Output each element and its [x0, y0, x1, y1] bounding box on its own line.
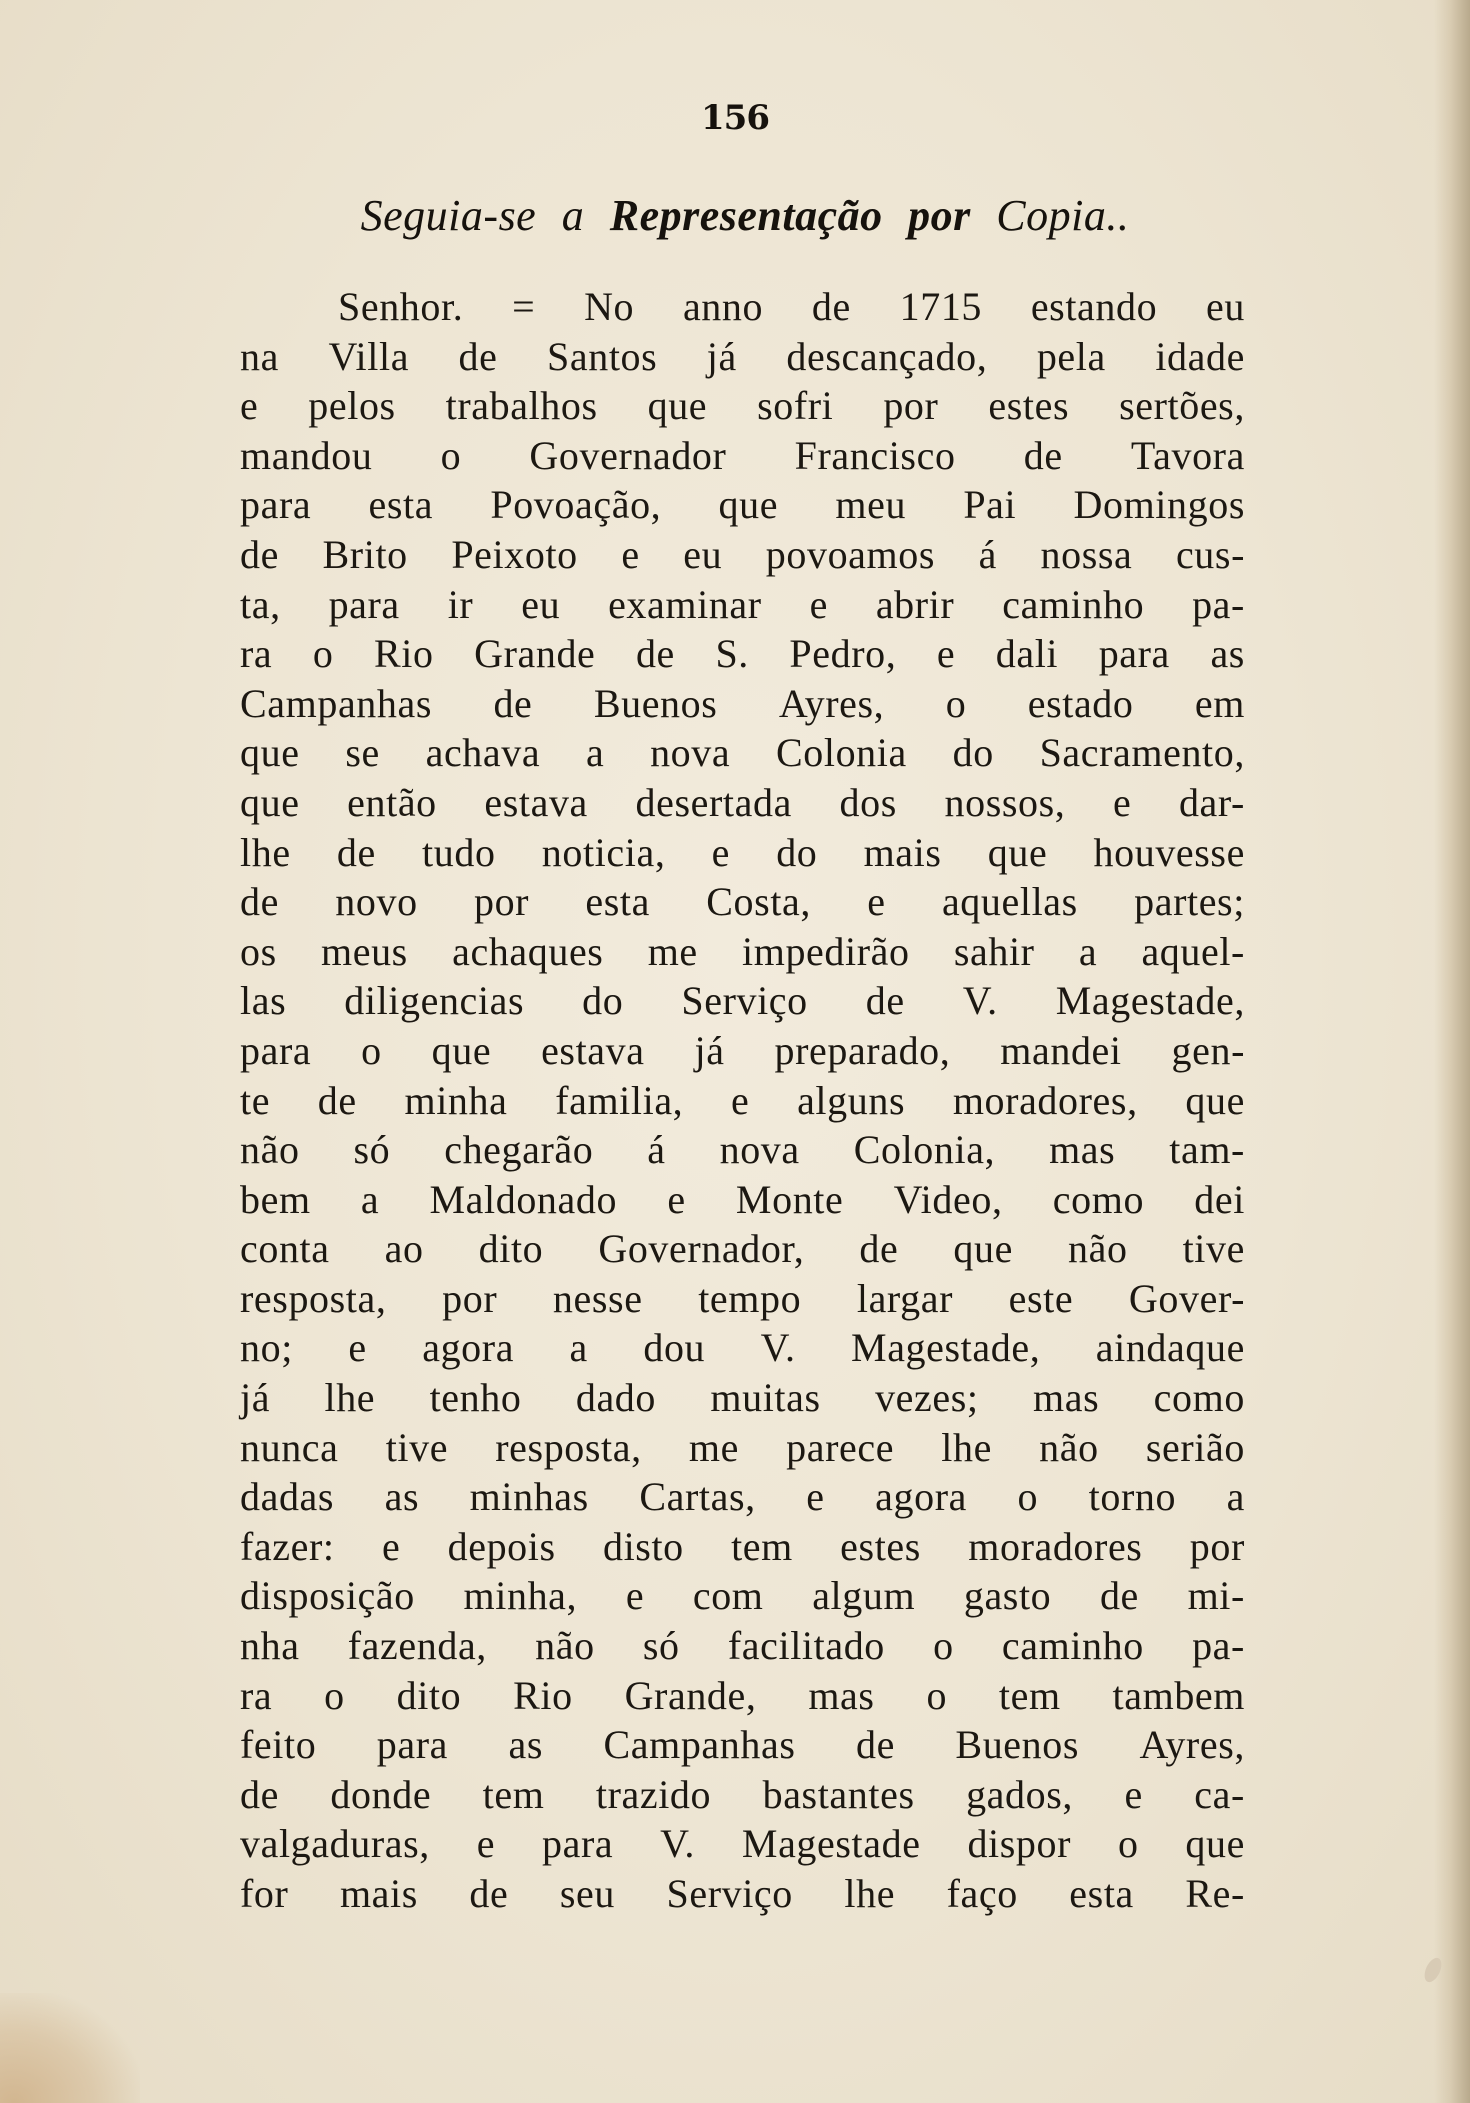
- word: ao: [385, 1224, 424, 1274]
- word: resposta,: [495, 1423, 641, 1473]
- word: dito: [397, 1671, 462, 1721]
- word: Colonia: [776, 728, 907, 778]
- word: mas: [808, 1671, 874, 1721]
- word: te: [240, 1076, 270, 1126]
- word: cus-: [1176, 530, 1245, 580]
- word: então: [347, 778, 437, 828]
- word: muitas: [710, 1373, 820, 1423]
- word: Colonia,: [854, 1125, 995, 1175]
- word: aindaque: [1096, 1323, 1245, 1373]
- word: sofri: [757, 381, 833, 431]
- word: vezes;: [875, 1373, 979, 1423]
- word: só: [643, 1621, 680, 1671]
- word: como: [1154, 1373, 1245, 1423]
- word: ra: [240, 629, 272, 679]
- word: Pai: [963, 480, 1016, 530]
- word: esta: [585, 877, 650, 927]
- word: esta: [369, 480, 434, 530]
- word: e: [867, 877, 885, 927]
- text-line: nãosóchegarãoánovaColonia,mastam-: [240, 1125, 1245, 1175]
- word: meu: [835, 480, 906, 530]
- word: do: [953, 728, 994, 778]
- word: povoamos: [766, 530, 935, 580]
- word: dado: [576, 1373, 656, 1423]
- word: Serviço: [681, 976, 807, 1026]
- word: Ayres,: [779, 679, 884, 729]
- word: Francisco: [795, 431, 956, 481]
- word: não: [1039, 1423, 1099, 1473]
- word: Buenos: [594, 679, 718, 729]
- word: Peixoto: [451, 530, 577, 580]
- word: Rio: [374, 629, 434, 679]
- word: Governador: [529, 431, 726, 481]
- word: sertões,: [1119, 381, 1245, 431]
- word: para: [240, 480, 311, 530]
- word: preparado,: [774, 1026, 950, 1076]
- word: de: [1100, 1571, 1139, 1621]
- word: que: [1185, 1819, 1245, 1869]
- word: de: [469, 1869, 508, 1919]
- heading-word: Seguia-se: [361, 191, 537, 240]
- word: tam-: [1169, 1125, 1245, 1175]
- word: Pedro,: [789, 629, 896, 679]
- word: a: [570, 1323, 588, 1373]
- word: de: [866, 976, 905, 1026]
- word: mas: [1033, 1373, 1099, 1423]
- foxing-stain: [0, 1993, 140, 2103]
- word: com: [693, 1571, 764, 1621]
- word: só: [354, 1125, 391, 1175]
- word: estava: [484, 778, 588, 828]
- word: abrir: [876, 580, 955, 630]
- word: dou: [643, 1323, 705, 1373]
- word: me: [648, 927, 698, 977]
- word: Grande,: [625, 1671, 757, 1721]
- word: pelos: [308, 381, 395, 431]
- word: de: [859, 1224, 898, 1274]
- word: estes: [840, 1522, 921, 1572]
- word: conta: [240, 1224, 330, 1274]
- word: Campanhas: [603, 1720, 795, 1770]
- word: e: [937, 629, 955, 679]
- word: V.: [963, 976, 998, 1026]
- word: em: [1195, 679, 1245, 729]
- text-line: dedondetemtrazidobastantesgados,eca-: [240, 1770, 1245, 1820]
- word: chegarão: [444, 1125, 593, 1175]
- word: Tavora: [1131, 431, 1245, 481]
- word: tive: [1183, 1224, 1245, 1274]
- word: mi-: [1188, 1571, 1245, 1621]
- word: no;: [240, 1323, 293, 1373]
- word: dadas: [240, 1472, 334, 1522]
- word: de: [1024, 431, 1063, 481]
- word: e: [626, 1571, 644, 1621]
- text-line: osmeusachaquesmeimpedirãosahiraaquel-: [240, 927, 1245, 977]
- word: do: [776, 828, 817, 878]
- word: Grande: [474, 629, 595, 679]
- word: Magestade,: [1056, 976, 1245, 1026]
- word: Video,: [894, 1175, 1003, 1225]
- word: meus: [321, 927, 408, 977]
- text-line: lasdiligenciasdoServiçodeV.Magestade,: [240, 976, 1245, 1026]
- text-line: denovoporestaCosta,eaquellaspartes;: [240, 877, 1245, 927]
- section-heading: Seguia-se a Representação por Copia..: [0, 190, 1470, 241]
- text-line: disposiçãominha,ecomalgumgastodemi-: [240, 1571, 1245, 1621]
- text-line: nhafazenda,nãosófacilitadoocaminhopa-: [240, 1621, 1245, 1671]
- word: estado: [1028, 679, 1134, 729]
- word: feito: [240, 1720, 316, 1770]
- word: algum: [812, 1571, 915, 1621]
- word: nova: [720, 1125, 800, 1175]
- heading-word: por: [908, 191, 971, 240]
- word: pa-: [1192, 1621, 1245, 1671]
- word: e: [621, 530, 639, 580]
- text-line: epelostrabalhosquesofriporestessertões,: [240, 381, 1245, 431]
- word: lhe: [324, 1373, 375, 1423]
- word: idade: [1155, 332, 1245, 382]
- word: a: [586, 728, 604, 778]
- word: estes: [988, 381, 1069, 431]
- word: sahir: [954, 927, 1035, 977]
- word: se: [345, 728, 380, 778]
- text-line: raoditoRioGrande,masotemtambem: [240, 1671, 1245, 1721]
- word: Gover-: [1129, 1274, 1245, 1324]
- word: á: [647, 1125, 665, 1175]
- word: lhe: [844, 1869, 895, 1919]
- word: fazer:: [240, 1522, 335, 1572]
- word: nova: [650, 728, 730, 778]
- word: para: [1099, 629, 1170, 679]
- word: valgaduras,: [240, 1819, 430, 1869]
- word: ca-: [1194, 1770, 1245, 1820]
- word: Magestade,: [851, 1323, 1040, 1373]
- word: descançado,: [786, 332, 987, 382]
- text-line: mandouoGovernadorFranciscodeTavora: [240, 431, 1245, 481]
- word: na: [240, 332, 279, 382]
- word: não: [1068, 1224, 1128, 1274]
- body-paragraph: Senhor.=Noannode1715estandoeunaVilladeSa…: [240, 282, 1245, 1919]
- word: pa-: [1192, 580, 1245, 630]
- word: que: [432, 1026, 492, 1076]
- word: os: [240, 927, 277, 977]
- word: lhe: [240, 828, 291, 878]
- word: dali: [996, 629, 1058, 679]
- word: como: [1053, 1175, 1144, 1225]
- word: e: [1113, 778, 1131, 828]
- word: Costa,: [706, 877, 811, 927]
- word: e: [348, 1323, 366, 1373]
- word: mandou: [240, 431, 372, 481]
- word: o: [441, 431, 462, 481]
- word: Villa: [328, 332, 409, 382]
- word: tenho: [430, 1373, 522, 1423]
- word: as: [508, 1720, 543, 1770]
- word: novo: [335, 877, 417, 927]
- word: alguns: [797, 1076, 905, 1126]
- word: e: [712, 828, 730, 878]
- word: já: [707, 332, 737, 382]
- word: o: [946, 679, 967, 729]
- word: me: [689, 1423, 739, 1473]
- word: de: [240, 530, 279, 580]
- word: o: [324, 1671, 345, 1721]
- word: as: [1210, 629, 1245, 679]
- word: as: [385, 1472, 420, 1522]
- word: ir: [448, 580, 474, 630]
- word: achava: [426, 728, 541, 778]
- text-line: naVilladeSantosjádescançado,pelaidade: [240, 332, 1245, 382]
- word: esta: [1069, 1869, 1134, 1919]
- word: por: [883, 381, 938, 431]
- word: trabalhos: [446, 381, 598, 431]
- word: faço: [947, 1869, 1018, 1919]
- word: do: [582, 976, 623, 1026]
- text-line: tedeminhafamilia,ealgunsmoradores,que: [240, 1076, 1245, 1126]
- word: for: [240, 1869, 288, 1919]
- word: ta,: [240, 580, 281, 630]
- word: gados,: [966, 1770, 1073, 1820]
- word: desertada: [636, 778, 792, 828]
- word: de: [459, 332, 498, 382]
- word: Santos: [547, 332, 657, 382]
- word: =: [512, 282, 535, 332]
- word: facilitado: [728, 1621, 885, 1671]
- word: anno: [683, 282, 763, 332]
- word: tem: [731, 1522, 793, 1572]
- word: nesse: [553, 1274, 643, 1324]
- word: mandei: [1000, 1026, 1121, 1076]
- word: Maldonado: [430, 1175, 618, 1225]
- word: que: [953, 1224, 1013, 1274]
- word: nossos,: [945, 778, 1066, 828]
- word: e: [240, 381, 258, 431]
- word: dei: [1194, 1175, 1245, 1225]
- word: de: [318, 1076, 357, 1126]
- word: e: [731, 1076, 749, 1126]
- word: estando: [1031, 282, 1157, 332]
- word: houvesse: [1094, 828, 1245, 878]
- word: eu: [521, 580, 560, 630]
- word: caminho: [1002, 1621, 1144, 1671]
- word: minhas: [470, 1472, 589, 1522]
- word: por: [442, 1274, 497, 1324]
- word: Magestade: [742, 1819, 921, 1869]
- word: que: [988, 828, 1048, 878]
- word: o: [361, 1026, 382, 1076]
- word: torno: [1089, 1472, 1176, 1522]
- text-line: valgaduras,eparaV.Magestadedisporoque: [240, 1819, 1245, 1869]
- word: largar: [857, 1274, 953, 1324]
- text-line: raoRioGrandedeS.Pedro,edaliparaas: [240, 629, 1245, 679]
- word: estava: [541, 1026, 645, 1076]
- word: minha: [404, 1076, 507, 1126]
- word: gasto: [964, 1571, 1051, 1621]
- word: Re-: [1185, 1869, 1245, 1919]
- word: agora: [422, 1323, 514, 1373]
- word: moradores: [968, 1522, 1142, 1572]
- word: Serviço: [667, 1869, 793, 1919]
- text-line: queseachavaanovaColoniadoSacramento,: [240, 728, 1245, 778]
- word: Buenos: [955, 1720, 1079, 1770]
- text-line: paraestaPovoação,quemeuPaiDomingos: [240, 480, 1245, 530]
- word: V.: [660, 1819, 695, 1869]
- word: dos: [840, 778, 897, 828]
- word: e: [382, 1522, 400, 1572]
- word: o: [1018, 1472, 1039, 1522]
- word: noticia,: [542, 828, 666, 878]
- word: serião: [1146, 1423, 1245, 1473]
- word: Monte: [736, 1175, 843, 1225]
- word: impedirão: [742, 927, 910, 977]
- text-line: bemaMaldonadoeMonteVideo,comodei: [240, 1175, 1245, 1225]
- word: tudo: [422, 828, 496, 878]
- word: que: [1185, 1076, 1245, 1126]
- word: eu: [683, 530, 722, 580]
- text-line: dadasasminhasCartas,eagoraotornoa: [240, 1472, 1245, 1522]
- word: gen-: [1172, 1026, 1245, 1076]
- word: a: [361, 1175, 379, 1225]
- text-line: no;eagoraadouV.Magestade,aindaque: [240, 1323, 1245, 1373]
- word: tambem: [1113, 1671, 1245, 1721]
- word: No: [584, 282, 634, 332]
- text-line: fazer:edepoisdistotemestesmoradorespor: [240, 1522, 1245, 1572]
- word: já: [240, 1373, 270, 1423]
- text-line: Senhor.=Noannode1715estandoeu: [240, 282, 1245, 332]
- word: dar-: [1179, 778, 1245, 828]
- word: depois: [448, 1522, 556, 1572]
- text-line: ta,paraireuexaminareabrircaminhopa-: [240, 580, 1245, 630]
- text-line: nuncativeresposta,meparecelhenãoserião: [240, 1423, 1245, 1473]
- word: que: [240, 728, 300, 778]
- word: diligencias: [344, 976, 524, 1026]
- word: á: [979, 530, 997, 580]
- word: Povoação,: [490, 480, 661, 530]
- word: Senhor.: [338, 282, 463, 332]
- word: Rio: [513, 1671, 573, 1721]
- word: para: [377, 1720, 448, 1770]
- word: minha,: [464, 1571, 578, 1621]
- word: Domingos: [1074, 480, 1245, 530]
- heading-word: Representação: [610, 191, 883, 240]
- word: a: [1227, 1472, 1245, 1522]
- word: Brito: [323, 530, 408, 580]
- word: Sacramento,: [1040, 728, 1245, 778]
- word: para: [240, 1026, 311, 1076]
- text-line: CampanhasdeBuenosAyres,oestadoem: [240, 679, 1245, 729]
- text-line: contaaoditoGovernador,dequenãotive: [240, 1224, 1245, 1274]
- word: disto: [603, 1522, 684, 1572]
- word: las: [240, 976, 286, 1026]
- word: a: [1079, 927, 1097, 977]
- word: por: [474, 877, 529, 927]
- word: 1715: [900, 282, 982, 332]
- word: donde: [330, 1770, 431, 1820]
- word: mas: [1049, 1125, 1115, 1175]
- word: de: [636, 629, 675, 679]
- word: moradores,: [953, 1076, 1138, 1126]
- text-line: lhedetudonoticia,edomaisquehouvesse: [240, 828, 1245, 878]
- word: e: [806, 1472, 824, 1522]
- word: Campanhas: [240, 679, 432, 729]
- word: e: [667, 1175, 685, 1225]
- word: fazenda,: [348, 1621, 487, 1671]
- word: V.: [761, 1323, 796, 1373]
- word: este: [1009, 1274, 1074, 1324]
- word: bem: [240, 1175, 311, 1225]
- word: achaques: [452, 927, 603, 977]
- word: dispor: [967, 1819, 1071, 1869]
- word: de: [812, 282, 851, 332]
- word: já: [695, 1026, 725, 1076]
- word: Governador,: [598, 1224, 804, 1274]
- word: dito: [479, 1224, 544, 1274]
- word: S.: [715, 629, 748, 679]
- word: tem: [999, 1671, 1061, 1721]
- word: seu: [560, 1869, 615, 1919]
- word: e: [810, 580, 828, 630]
- word: nossa: [1041, 530, 1133, 580]
- text-line: formaisdeseuServiçolhefaçoestaRe-: [240, 1869, 1245, 1919]
- word: o: [926, 1671, 947, 1721]
- word: para: [329, 580, 400, 630]
- word: Cartas,: [639, 1472, 755, 1522]
- word: que: [240, 778, 300, 828]
- word: bastantes: [763, 1770, 915, 1820]
- word: agora: [875, 1472, 967, 1522]
- word: aquellas: [942, 877, 1078, 927]
- word: partes;: [1134, 877, 1245, 927]
- word: disposição: [240, 1571, 415, 1621]
- text-line: paraoqueestavajápreparado,mandeigen-: [240, 1026, 1245, 1076]
- word: caminho: [1002, 580, 1144, 630]
- word: não: [240, 1125, 300, 1175]
- word: familia,: [555, 1076, 683, 1126]
- word: de: [856, 1720, 895, 1770]
- word: nunca: [240, 1423, 339, 1473]
- word: tempo: [698, 1274, 801, 1324]
- heading-word: Copia..: [996, 191, 1129, 240]
- word: que: [648, 381, 708, 431]
- word: de: [240, 877, 279, 927]
- text-line: resposta,pornessetempolargaresteGover-: [240, 1274, 1245, 1324]
- word: de: [493, 679, 532, 729]
- word: e: [477, 1819, 495, 1869]
- word: mais: [864, 828, 942, 878]
- word: parece: [786, 1423, 894, 1473]
- word: o: [1118, 1819, 1139, 1869]
- text-line: jálhetenhodadomuitasvezes;mascomo: [240, 1373, 1245, 1423]
- word: e: [1124, 1770, 1142, 1820]
- word: o: [313, 629, 334, 679]
- page-edge-shadow: [1434, 0, 1470, 2103]
- word: mais: [340, 1869, 418, 1919]
- word: que: [719, 480, 779, 530]
- word: tem: [483, 1770, 545, 1820]
- word: tive: [386, 1423, 448, 1473]
- word: trazido: [596, 1770, 711, 1820]
- page-number: 156: [0, 98, 1470, 138]
- word: por: [1190, 1522, 1245, 1572]
- word: Ayres,: [1140, 1720, 1245, 1770]
- heading-word: a: [562, 191, 585, 240]
- word: ra: [240, 1671, 272, 1721]
- word: examinar: [608, 580, 762, 630]
- text-line: queentãoestavadesertadadosnossos,edar-: [240, 778, 1245, 828]
- word: aquel-: [1141, 927, 1245, 977]
- word: para: [542, 1819, 613, 1869]
- word: pela: [1037, 332, 1106, 382]
- word: nha: [240, 1621, 300, 1671]
